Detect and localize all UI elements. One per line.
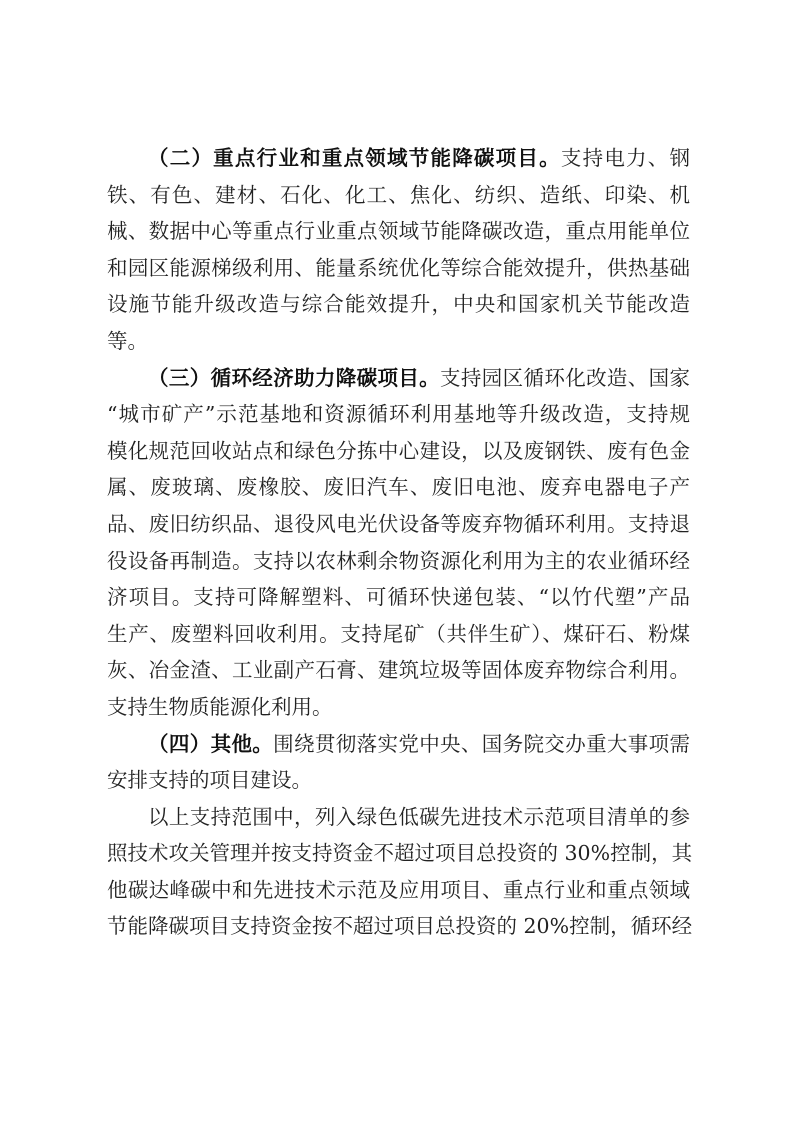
text-line: 照技术攻关管理并按支持资金不超过项目总投资的 30%控制，其 bbox=[107, 835, 690, 872]
text-line: 械、数据中心等重点行业重点领域节能降碳改造，重点用能单位 bbox=[107, 213, 690, 250]
text-line: “城市矿产”示范基地和资源循环利用基地等升级改造，支持规 bbox=[107, 396, 690, 433]
document-body: （二）重点行业和重点领域节能降碳项目。支持电力、钢 铁、有色、建材、石化、化工、… bbox=[107, 140, 690, 945]
section-heading: （二）重点行业和重点领域节能降碳项目。 bbox=[148, 146, 561, 170]
paragraph-funding-limits: 以上支持范围中，列入绿色低碳先进技术示范项目清单的参 照技术攻关管理并按支持资金… bbox=[107, 799, 690, 945]
text-line: 支持生物质能源化利用。 bbox=[107, 689, 690, 726]
text-line: （四）其他。围绕贯彻落实党中央、国务院交办重大事项需 bbox=[107, 726, 690, 763]
text-line: 节能降碳项目支持资金按不超过项目总投资的 20%控制，循环经 bbox=[107, 908, 690, 945]
text-span: 围绕贯彻落实党中央、国务院交办重大事项需 bbox=[273, 732, 690, 756]
text-line: 模化规范回收站点和绿色分拣中心建设，以及废钢铁、废有色金 bbox=[107, 433, 690, 470]
text-line: 济项目。支持可降解塑料、可循环快递包装、“以竹代塑”产品 bbox=[107, 579, 690, 616]
section-heading: （三）循环经济助力降碳项目。 bbox=[148, 366, 440, 390]
text-line: 品、废旧纺织品、退役风电光伏设备等废弃物循环利用。支持退 bbox=[107, 506, 690, 543]
document-page: （二）重点行业和重点领域节能降碳项目。支持电力、钢 铁、有色、建材、石化、化工、… bbox=[0, 0, 794, 1123]
paragraph-circular-economy: （三）循环经济助力降碳项目。支持园区循环化改造、国家 “城市矿产”示范基地和资源… bbox=[107, 360, 690, 726]
text-line: （三）循环经济助力降碳项目。支持园区循环化改造、国家 bbox=[107, 360, 690, 397]
text-line: 他碳达峰碳中和先进技术示范及应用项目、重点行业和重点领域 bbox=[107, 872, 690, 909]
text-line: 属、废玻璃、废橡胶、废旧汽车、废旧电池、废弃电器电子产 bbox=[107, 469, 690, 506]
text-line: 设施节能升级改造与综合能效提升，中央和国家机关节能改造 bbox=[107, 286, 690, 323]
text-line: 安排支持的项目建设。 bbox=[107, 762, 690, 799]
text-line: 和园区能源梯级利用、能量系统优化等综合能效提升，供热基础 bbox=[107, 250, 690, 287]
text-span: 支持电力、钢 bbox=[561, 146, 690, 170]
text-line: 生产、废塑料回收利用。支持尾矿（共伴生矿）、煤矸石、粉煤 bbox=[107, 616, 690, 653]
text-span: 支持园区循环化改造、国家 bbox=[440, 366, 690, 390]
text-line: 以上支持范围中，列入绿色低碳先进技术示范项目清单的参 bbox=[107, 799, 690, 836]
text-line: 铁、有色、建材、石化、化工、焦化、纺织、造纸、印染、机 bbox=[107, 177, 690, 214]
paragraph-other: （四）其他。围绕贯彻落实党中央、国务院交办重大事项需 安排支持的项目建设。 bbox=[107, 726, 690, 799]
text-line: 灰、冶金渣、工业副产石膏、建筑垃圾等固体废弃物综合利用。 bbox=[107, 652, 690, 689]
section-heading: （四）其他。 bbox=[148, 732, 273, 756]
text-line: （二）重点行业和重点领域节能降碳项目。支持电力、钢 bbox=[107, 140, 690, 177]
paragraph-key-industries: （二）重点行业和重点领域节能降碳项目。支持电力、钢 铁、有色、建材、石化、化工、… bbox=[107, 140, 690, 360]
text-line: 役设备再制造。支持以农林剩余物资源化利用为主的农业循环经 bbox=[107, 543, 690, 580]
text-line: 等。 bbox=[107, 323, 690, 360]
